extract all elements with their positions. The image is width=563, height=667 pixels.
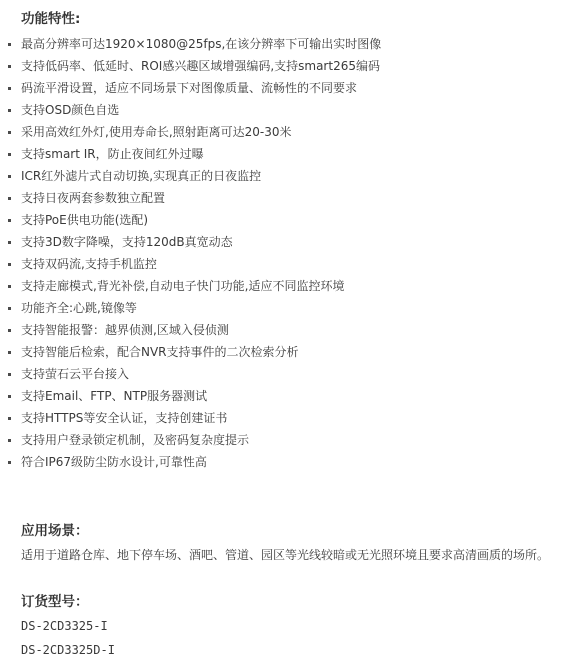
feature-item: 支持走廊模式,背光补偿,自动电子快门功能,适应不同监控环境 [21, 275, 547, 297]
feature-item: 支持smart IR，防止夜间红外过曝 [21, 143, 547, 165]
feature-item: 支持用户登录锁定机制，及密码复杂度提示 [21, 429, 547, 451]
feature-item: 支持智能后检索，配合NVR支持事件的二次检索分析 [21, 341, 547, 363]
feature-item: 采用高效红外灯,使用寿命长,照射距离可达20-30米 [21, 121, 547, 143]
feature-item: 支持OSD颜色自选 [21, 99, 547, 121]
feature-item: 支持3D数字降噪，支持120dB真宽动态 [21, 231, 547, 253]
feature-item: 支持萤石云平台接入 [21, 363, 547, 385]
feature-item: 支持日夜两套参数独立配置 [21, 187, 547, 209]
order-model-list: DS-2CD3325-IDS-2CD3325D-I [21, 618, 547, 658]
feature-item: 支持双码流,支持手机监控 [21, 253, 547, 275]
product-detail-page: 功能特性: 最高分辨率可达1920×1080@25fps,在该分辨率下可输出实时… [0, 0, 563, 667]
feature-item: ICR红外滤片式自动切换,实现真正的日夜监控 [21, 165, 547, 187]
feature-item: 支持Email、FTP、NTP服务器测试 [21, 385, 547, 407]
feature-item: 支持低码率、低延时、ROI感兴趣区域增强编码,支持smart265编码 [21, 55, 547, 77]
order-model: DS-2CD3325-I [21, 618, 547, 634]
feature-item: 支持智能报警：越界侦测,区域入侵侦测 [21, 319, 547, 341]
order-models-heading: 订货型号： [21, 595, 547, 609]
feature-item: 最高分辨率可达1920×1080@25fps,在该分辨率下可输出实时图像 [21, 33, 547, 55]
feature-item: 功能齐全:心跳,镜像等 [21, 297, 547, 319]
feature-item: 支持PoE供电功能(选配) [21, 209, 547, 231]
feature-item: 符合IP67级防尘防水设计,可靠性高 [21, 451, 547, 473]
feature-list: 最高分辨率可达1920×1080@25fps,在该分辨率下可输出实时图像支持低码… [21, 33, 547, 473]
features-heading: 功能特性: [21, 12, 547, 26]
feature-item: 码流平滑设置，适应不同场景下对图像质量、流畅性的不同要求 [21, 77, 547, 99]
order-model: DS-2CD3325D-I [21, 642, 547, 658]
feature-item: 支持HTTPS等安全认证，支持创建证书 [21, 407, 547, 429]
applications-heading: 应用场景： [21, 524, 547, 538]
applications-text: 适用于道路仓库、地下停车场、酒吧、管道、园区等光线较暗或无光照环境且要求高清画质… [21, 547, 547, 563]
